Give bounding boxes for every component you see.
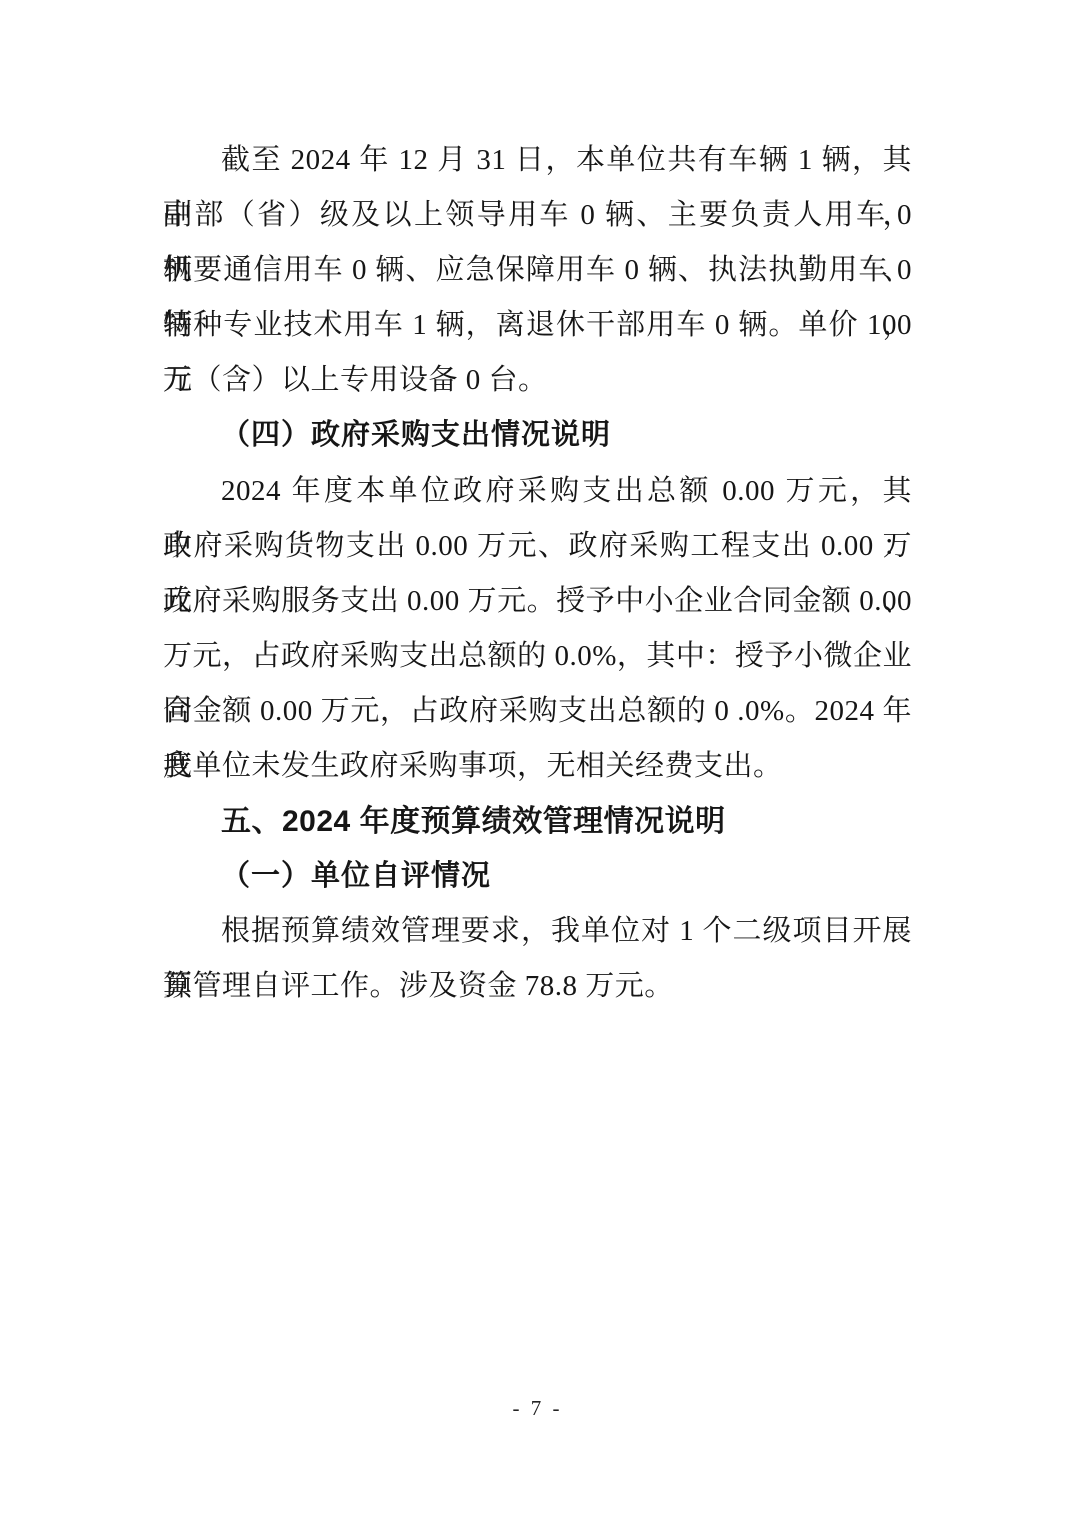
paragraph-line: 同金额 0.00 万元，占政府采购支出总额的 0 .0%。2024 年度: [163, 684, 912, 739]
paragraph-line: 政府采购服务支出 0.00 万元。授予中小企业合同金额 0.00: [163, 574, 912, 629]
paragraph-line: 算管理自评工作。涉及资金 78.8 万元。: [163, 959, 912, 1014]
section-heading-5: 五、2024 年度预算绩效管理情况说明: [163, 794, 912, 849]
paragraph-line: 元（含）以上专用设备 0 台。: [163, 353, 912, 408]
page-number: - 7 -: [0, 1396, 1075, 1421]
subsection-heading-4: （四）政府采购支出情况说明: [163, 408, 912, 463]
paragraph-line: 2024 年度本单位政府采购支出总额 0.00 万元，其中：: [163, 464, 912, 519]
paragraph-line: 根据预算绩效管理要求，我单位对 1 个二级项目开展预: [163, 904, 912, 959]
subsection-heading-1: （一）单位自评情况: [163, 849, 912, 904]
paragraph-line: 副部（省）级及以上领导用车 0 辆、主要负责人用车 0 辆、: [163, 188, 912, 243]
paragraph-line: 特种专业技术用车 1 辆，离退休干部用车 0 辆。单价 100 万: [163, 298, 912, 353]
paragraph-line: 机要通信用车 0 辆、应急保障用车 0 辆、执法执勤用车 0 辆，: [163, 243, 912, 298]
document-body: 截至 2024 年 12 月 31 日，本单位共有车辆 1 辆，其中， 副部（省…: [163, 133, 912, 1015]
paragraph-line: 政府采购货物支出 0.00 万元、政府采购工程支出 0.00 万元、: [163, 519, 912, 574]
paragraph-line: 万元，占政府采购支出总额的 0.0%，其中：授予小微企业合: [163, 629, 912, 684]
paragraph-line: 截至 2024 年 12 月 31 日，本单位共有车辆 1 辆，其中，: [163, 133, 912, 188]
document-page: 截至 2024 年 12 月 31 日，本单位共有车辆 1 辆，其中， 副部（省…: [0, 0, 1075, 1520]
paragraph-line: 我单位未发生政府采购事项，无相关经费支出。: [163, 739, 912, 794]
